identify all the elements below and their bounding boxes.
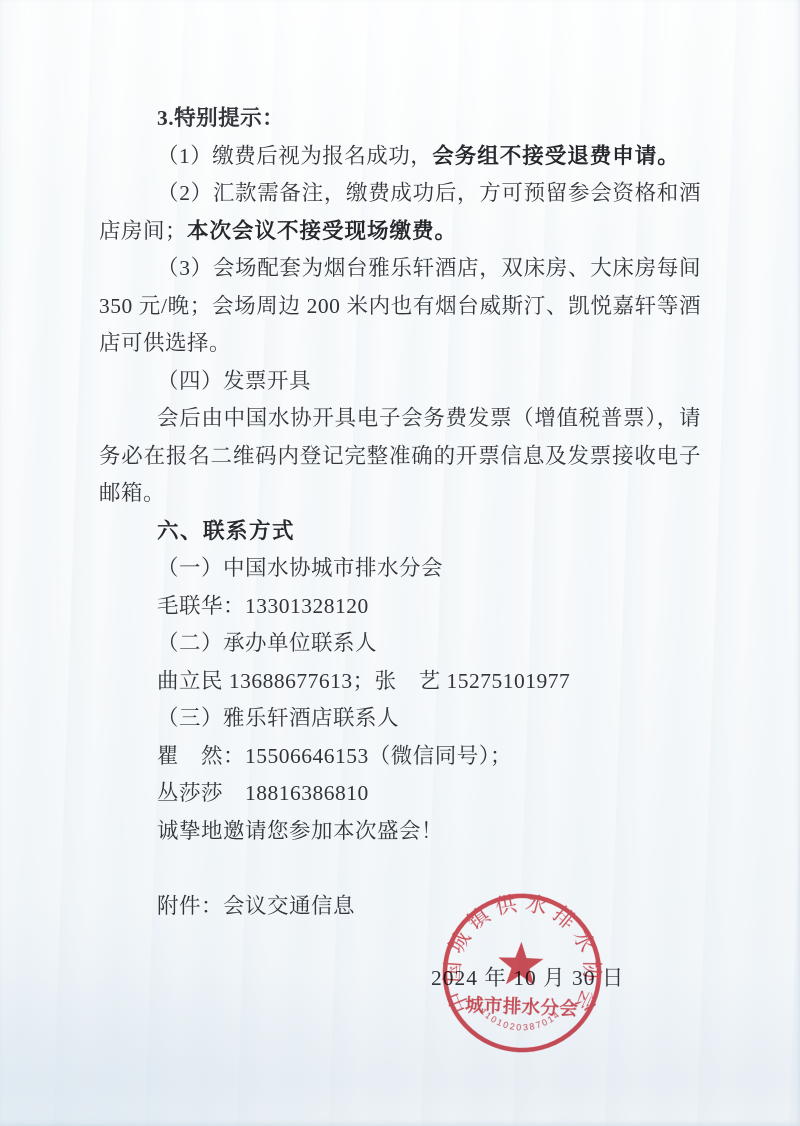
contacts-heading: 六、联系方式 [99,513,701,551]
issue-date: 2024 年 10 月 30 日 [99,960,701,998]
special-notes-heading: 3.特别提示： [99,100,701,138]
contact-line-division-phone: 毛联华：13301328120 [99,588,701,626]
special-note-item-2: （2）汇款需备注，缴费成功后，方可预留参会资格和酒店房间；本次会议不接受现场缴费… [99,175,701,250]
note1-emphasis: 会务组不接受退费申请。 [432,144,680,168]
scanned-notice-page: 3.特别提示： （1）缴费后视为报名成功，会务组不接受退费申请。 （2）汇款需备… [0,0,800,1126]
contact-line-organizer: （二）承办单位联系人 [99,625,701,663]
seal-serial-number: 1101020387014 [478,1006,563,1034]
contact-line-hotel-contact-1: 瞿 然：15506646153（微信同号）； [99,738,701,776]
special-note-item-3: （3）会场配套为烟台雅乐轩酒店，双床房、大床房每间350 元/晚；会场周边 20… [99,250,701,363]
contact-line-organizer-phones: 曲立民 13688677613；张 艺 15275101977 [99,663,701,701]
contact-line-division: （一）中国水协城市排水分会 [99,550,701,588]
seal-banner-text: 城市排水分会 [465,994,579,1019]
contact-line-hotel: （三）雅乐轩酒店联系人 [99,700,701,738]
invoice-section-body: 会后由中国水协开具电子会务费发票（增值税普票），请务必在报名二维码内登记完整准确… [99,400,701,513]
note1-text: （1）缴费后视为报名成功， [157,144,432,168]
note2-emphasis: 本次会议不接受现场缴费。 [187,219,457,243]
special-notes-heading-text: 3.特别提示： [157,106,284,130]
invoice-section-heading: （四）发票开具 [99,363,701,401]
attachment-note: 附件：会议交通信息 [99,888,701,926]
closing-invitation: 诚挚地邀请您参加本次盛会！ [99,813,701,851]
document-body: 3.特别提示： （1）缴费后视为报名成功，会务组不接受退费申请。 （2）汇款需备… [99,100,701,998]
contacts-heading-text: 六、联系方式 [157,519,295,543]
contact-line-hotel-contact-2: 丛莎莎 18816386810 [99,775,701,813]
special-note-item-1: （1）缴费后视为报名成功，会务组不接受退费申请。 [99,138,701,176]
